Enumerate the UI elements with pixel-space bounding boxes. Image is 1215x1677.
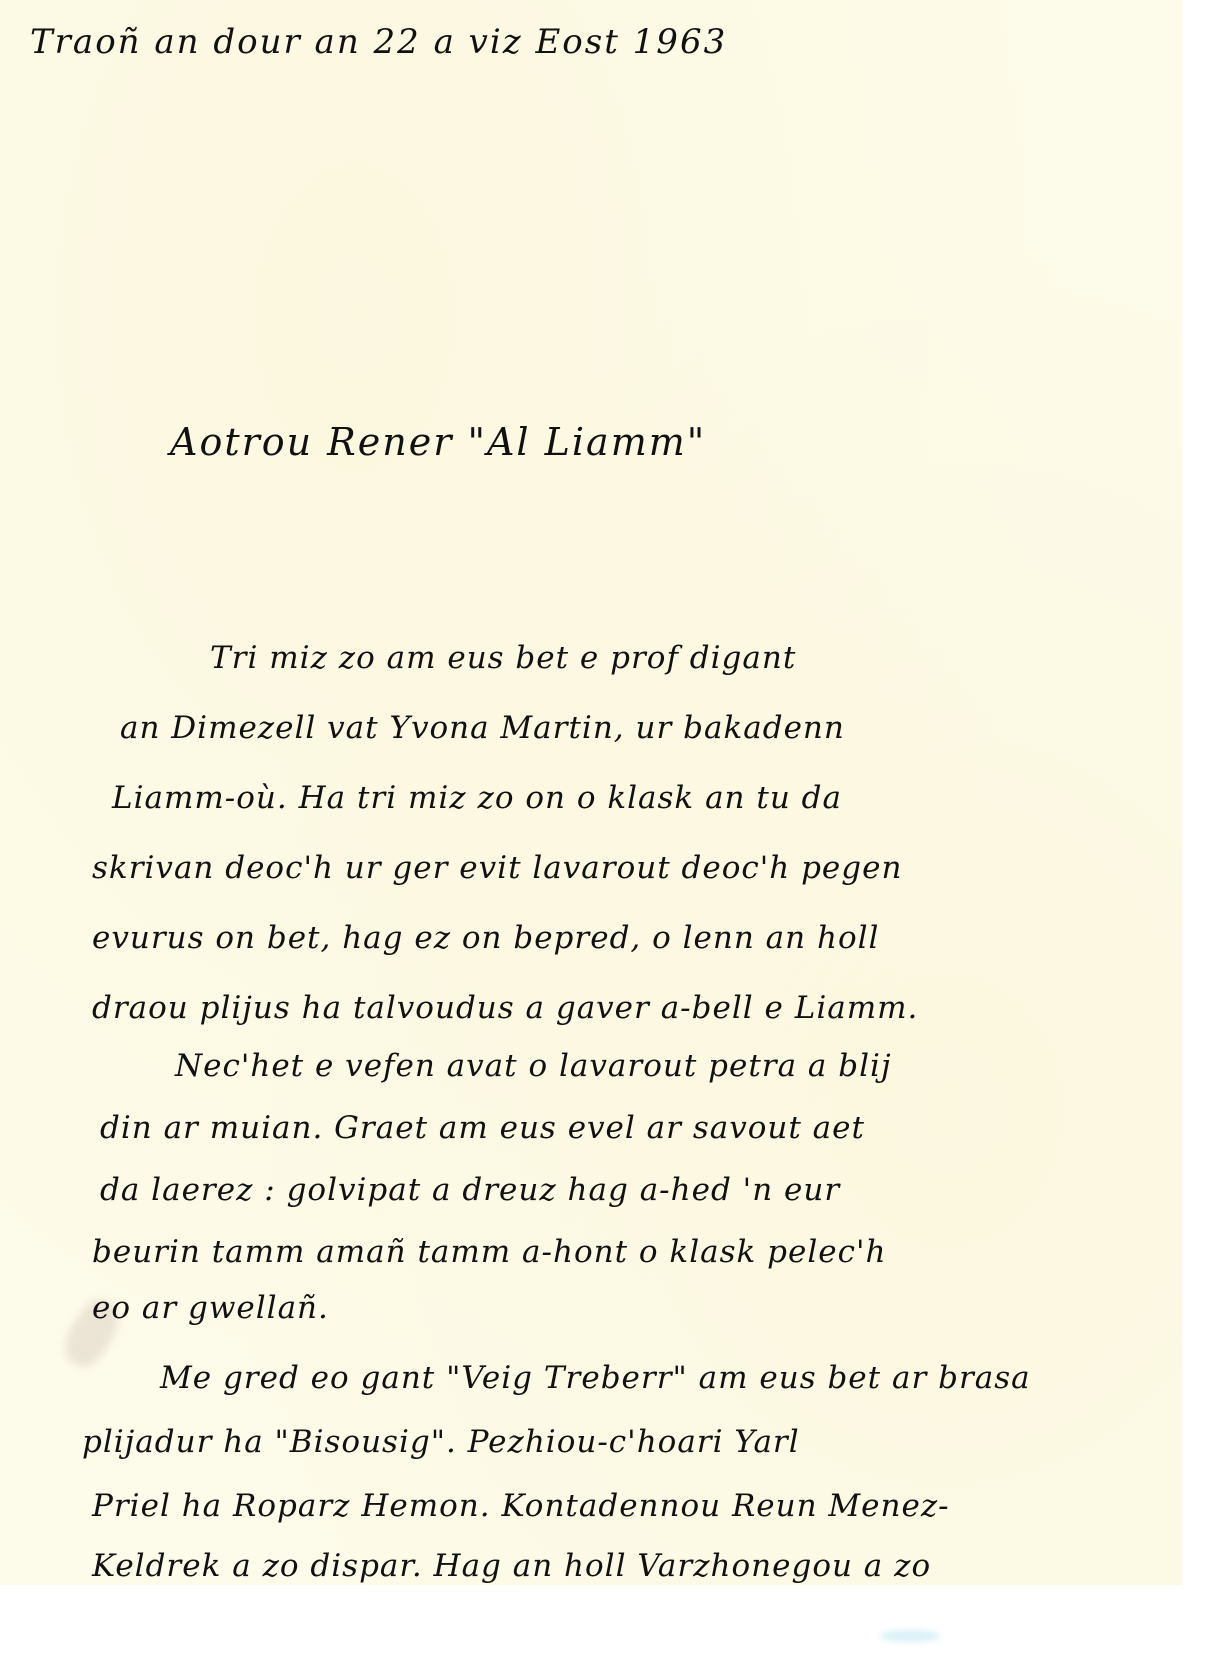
letter-line: beurin tamm amañ tamm a-hont o klask pel…: [92, 1234, 886, 1270]
letter-line: draou plijus ha talvoudus a gaver a-bell…: [92, 990, 918, 1026]
letter-line: Nec'het e vefen avat o lavarout petra a …: [175, 1048, 892, 1084]
letter-line: Liamm-où. Ha tri miz zo on o klask an tu…: [112, 780, 842, 816]
letter-line: din ar muian. Graet am eus evel ar savou…: [100, 1110, 865, 1146]
letter-line: Keldrek a zo dispar. Hag an holl Varzhon…: [92, 1548, 931, 1584]
letter-paper: Traoñ an dour an 22 a viz Eost 1963 Aotr…: [0, 0, 1182, 1585]
letter-line: skrivan deoc'h ur ger evit lavarout deoc…: [92, 850, 902, 886]
letter-salutation: Aotrou Rener "Al Liamm": [170, 420, 706, 464]
letter-line: eo ar gwellañ.: [92, 1290, 329, 1326]
letter-line: Tri miz zo am eus bet e prof digant: [210, 640, 796, 676]
blue-smudge: [880, 1630, 940, 1642]
letter-line: Priel ha Roparz Hemon. Kontadennou Reun …: [92, 1488, 950, 1524]
letter-line: an Dimezell vat Yvona Martin, ur bakaden…: [120, 710, 845, 746]
letter-line: plijadur ha "Bisousig". Pezhiou-c'hoari …: [82, 1424, 800, 1460]
letter-line: da laerez : golvipat a dreuz hag a-hed '…: [100, 1172, 840, 1208]
letter-line: Me gred eo gant "Veig Treberr" am eus be…: [160, 1360, 1031, 1396]
letter-line: evurus on bet, hag ez on bepred, o lenn …: [92, 920, 879, 956]
letter-dateline: Traoñ an dour an 22 a viz Eost 1963: [30, 22, 727, 62]
